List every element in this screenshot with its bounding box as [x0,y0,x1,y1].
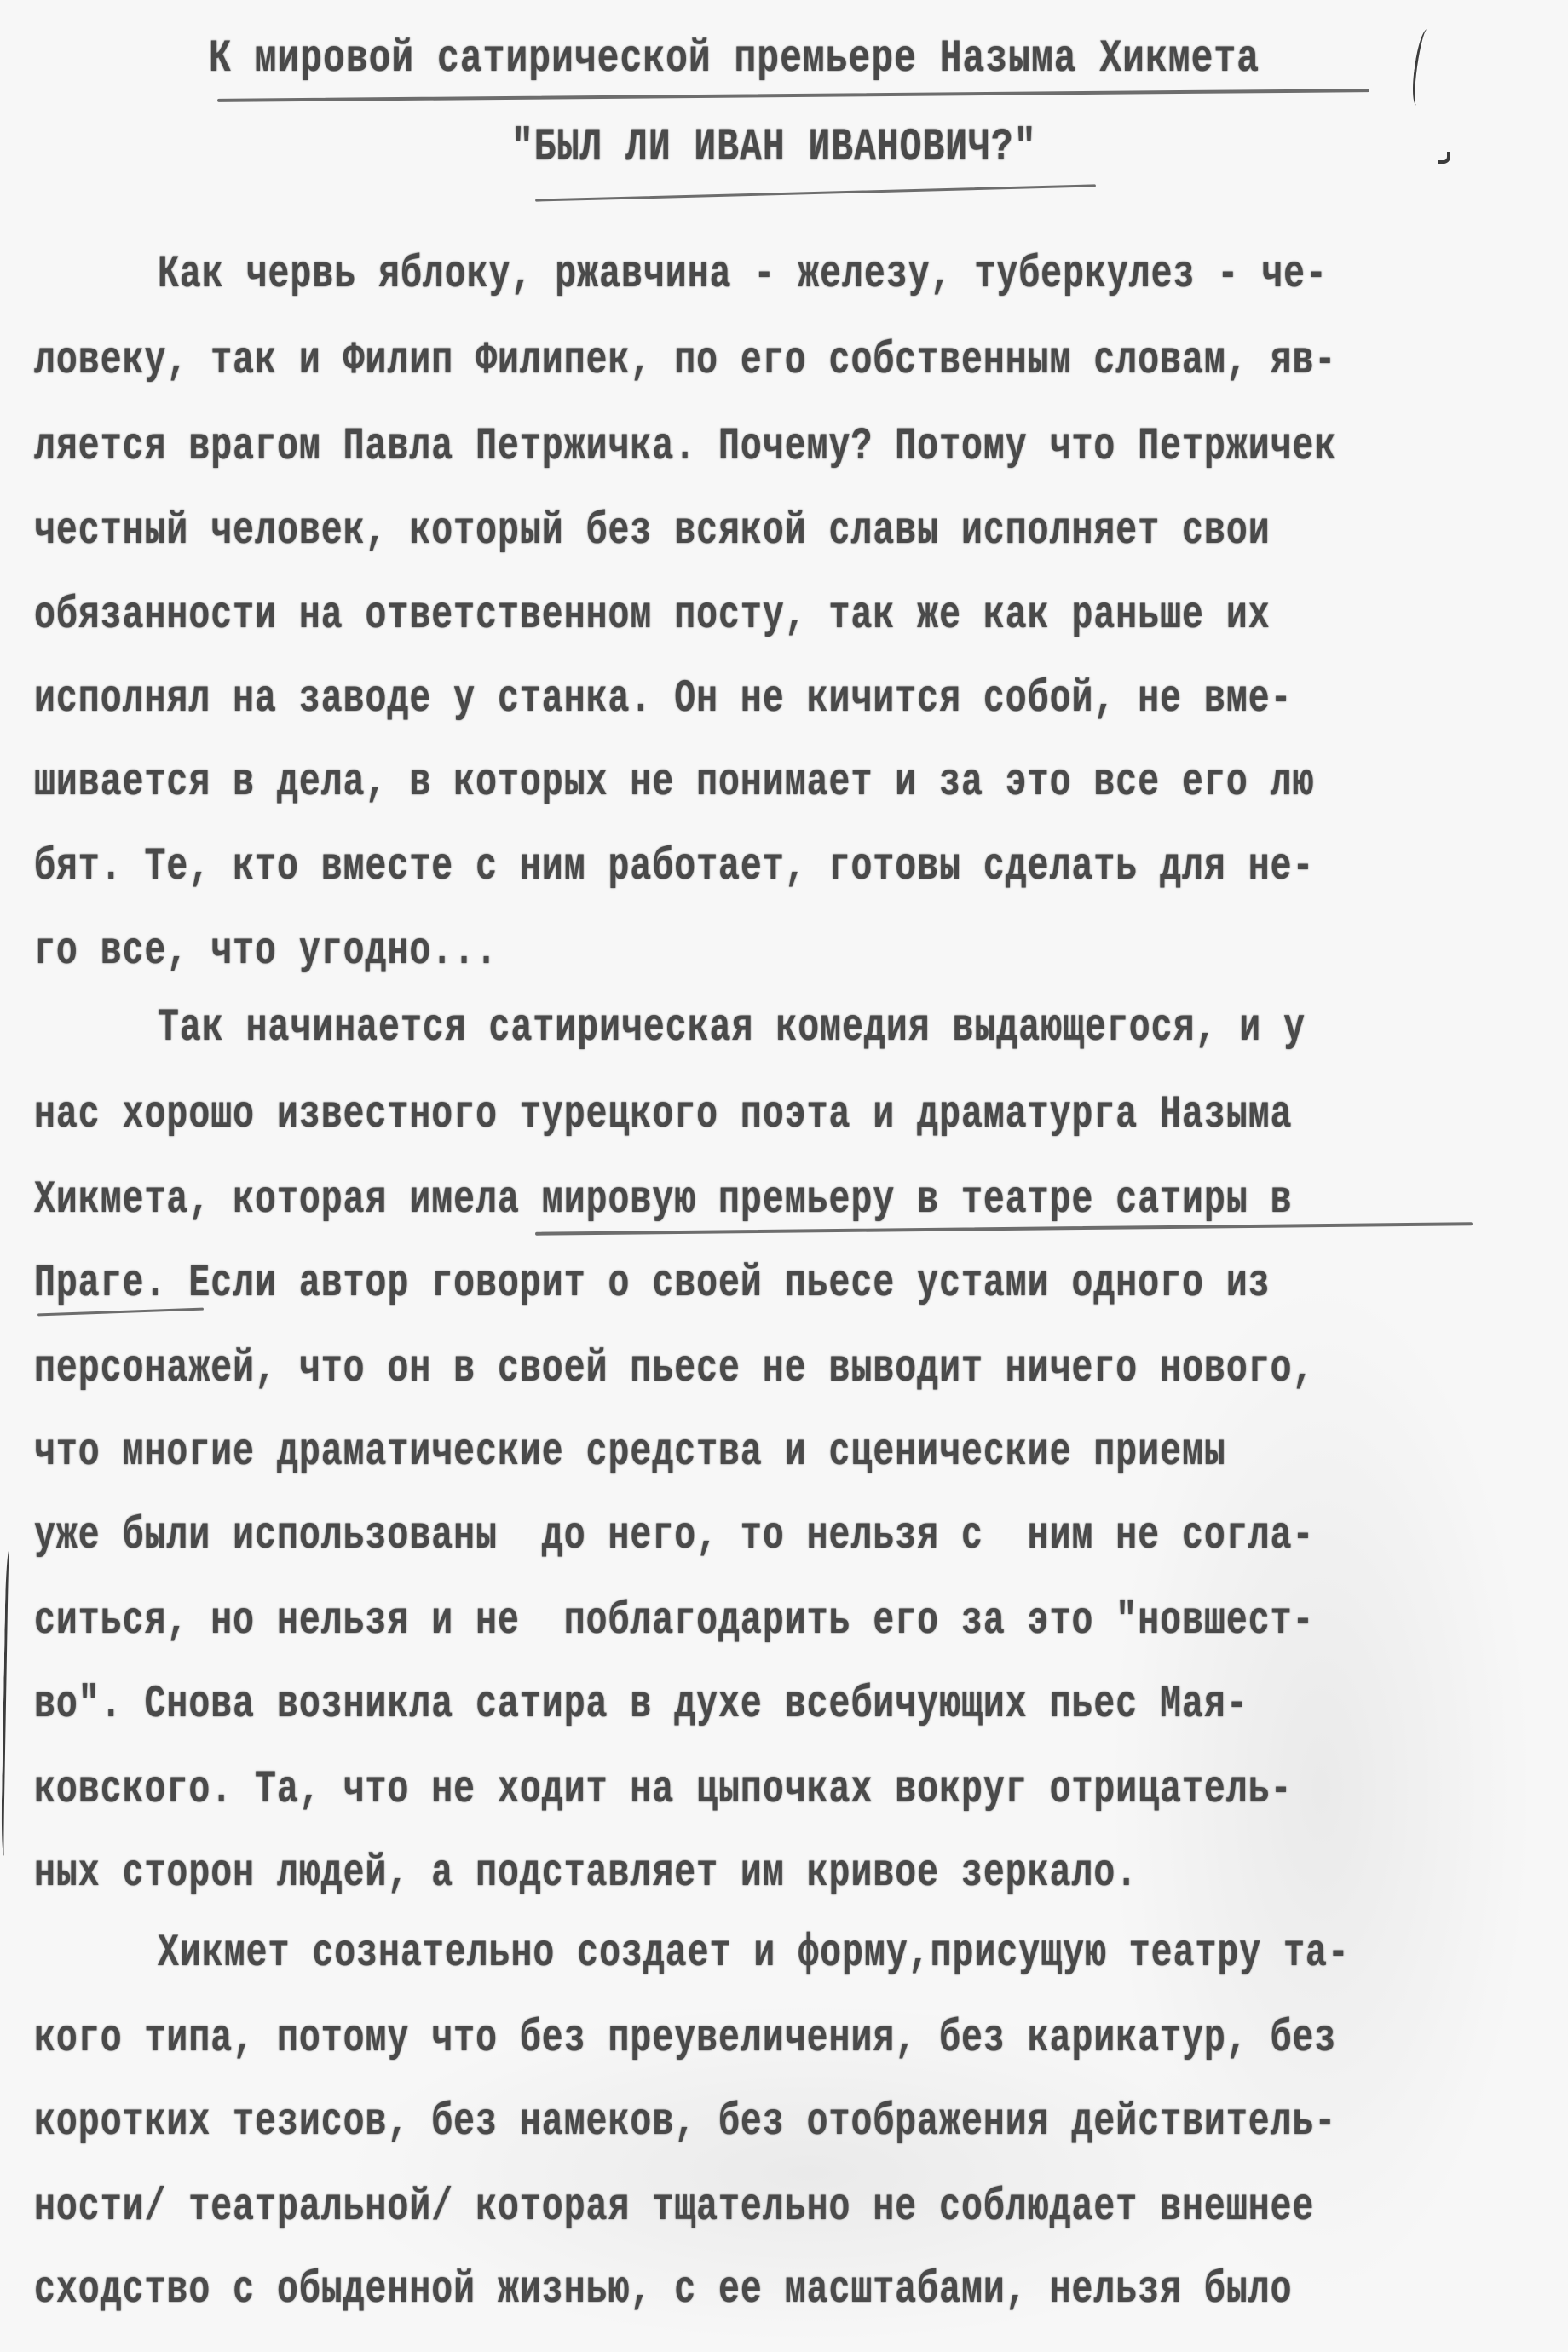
text-line: кого типа, потому что без преувеличения,… [34,2013,1336,2065]
text-line: Как червь яблоку, ржавчина - железу, туб… [158,249,1328,301]
text-line: Хикмета, которая имела мировую премьеру … [34,1174,1293,1226]
text-line: Праге. Если автор говорит о своей пьесе … [34,1258,1271,1310]
text-line: персонажей, что он в своей пьесе не выво… [34,1343,1314,1395]
text-line: го все, что угодно... [34,925,498,977]
text-line: ных сторон людей, а подставляет им криво… [34,1848,1138,1899]
margin-bracket-top-right [1409,28,1434,106]
document-heading: К мировой сатирической премьере Назыма Х… [209,32,1260,84]
margin-bracket-left [1,1549,22,1856]
text-line: нас хорошо известного турецкого поэта и … [34,1089,1293,1141]
text-line: ности/ театральной/ которая тщательно не… [34,2182,1314,2234]
text-line: честный человек, который без всякой слав… [34,505,1271,557]
text-line: ловеку, так и Филип Филипек, по его собс… [34,335,1336,387]
text-line: ляется врагом Павла Петржичка. Почему? П… [34,421,1336,473]
text-line: обязанности на ответственном посту, так … [34,590,1271,642]
text-line: исполнял на заводе у станка. Он не кичит… [34,673,1293,725]
text-line: Так начинается сатирическая комедия выда… [158,1002,1306,1054]
text-line: ковского. Та, что не ходит на цыпочках в… [34,1764,1293,1816]
heading-underline [217,89,1369,102]
text-line: шивается в дела, в которых не понимает и… [34,757,1314,809]
text-line: во". Снова возникла сатира в духе всебич… [34,1679,1248,1731]
text-line: ситься, но нельзя и не поблагодарить его… [34,1595,1314,1647]
document-subheading: "БЫЛ ЛИ ИВАН ИВАНОВИЧ?" [511,121,1037,173]
subheading-underline [535,184,1096,201]
text-line: сходство с обыденной жизнью, с ее масшта… [34,2264,1293,2316]
text-line: коротких тезисов, без намеков, без отобр… [34,2096,1336,2148]
text-line: Хикмет сознательно создает и форму,прису… [158,1928,1350,1980]
text-line: бят. Те, кто вместе с ним работает, гото… [34,841,1314,893]
margin-tick-mark [1438,152,1450,164]
document-page: К мировой сатирической премьере Назыма Х… [0,0,1568,2352]
text-line: уже были использованы до него, то нельзя… [34,1510,1314,1562]
text-line: что многие драматические средства и сцен… [34,1427,1226,1479]
